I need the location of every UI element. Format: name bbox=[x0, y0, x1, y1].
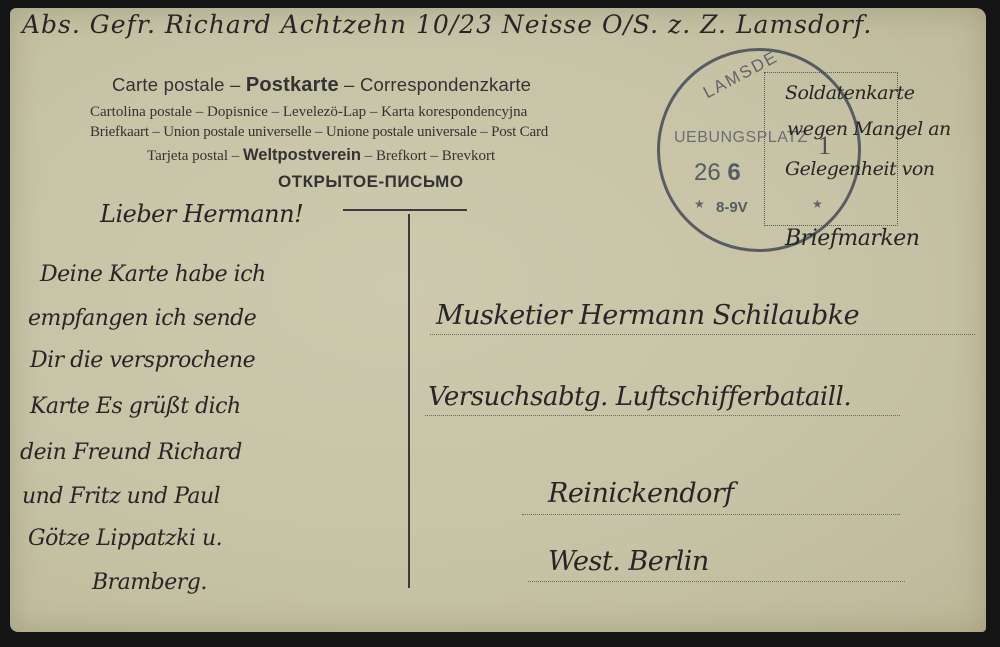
message-line: empfangen ich sende bbox=[28, 306, 256, 331]
address-dotted-line bbox=[425, 415, 900, 416]
message-line: Götze Lippatzki u. bbox=[28, 526, 222, 551]
message-line: dein Freund Richard bbox=[20, 440, 242, 465]
address-dotted-line bbox=[430, 334, 975, 335]
address-line: Reinickendorf bbox=[548, 478, 734, 509]
printed-postkarte: Postkarte bbox=[246, 74, 339, 96]
printed-russian-title: ОТКРЫТОЕ-ПИСЬМО bbox=[278, 172, 464, 192]
message-line: Bramberg. bbox=[92, 570, 207, 595]
printed-carte-postale: Carte postale bbox=[112, 74, 225, 95]
printed-weltpostverein: Weltpostverein bbox=[243, 146, 361, 164]
separator: – bbox=[228, 148, 243, 164]
printed-line-3: Briefkaart – Union postale universelle –… bbox=[90, 124, 548, 141]
printed-correspondenzkarte: Correspondenzkarte bbox=[360, 74, 531, 95]
separator: – bbox=[225, 74, 246, 95]
address-line: Musketier Hermann Schilaubke bbox=[436, 300, 859, 331]
address-dotted-line bbox=[528, 581, 905, 582]
printed-line-2: Cartolina postale – Dopisnice – Levelezö… bbox=[90, 104, 527, 121]
printed-tarjeta-postal: Tarjeta postal bbox=[147, 148, 228, 164]
stamp-note-line: Gelegenheit von bbox=[785, 158, 935, 180]
header-rule bbox=[343, 209, 467, 211]
message-line: und Fritz und Paul bbox=[22, 484, 220, 509]
message-line: Karte Es grüßt dich bbox=[30, 394, 241, 419]
postmark-time: 8-9V bbox=[716, 199, 748, 216]
separator: – bbox=[361, 148, 376, 164]
printed-line-4: Tarjeta postal – Weltpostverein – Brefko… bbox=[147, 146, 495, 165]
message-line: Deine Karte habe ich bbox=[40, 262, 266, 287]
separator: – bbox=[339, 74, 360, 95]
address-line: West. Berlin bbox=[548, 546, 709, 577]
printed-brefkort: Brefkort – Brevkort bbox=[376, 148, 495, 164]
stamp-note-line: Soldatenkarte bbox=[785, 82, 914, 104]
postmark: LAMSDE UEBUNGSPLATZ 26 6 ★ ★ 8-9V 1 bbox=[657, 48, 861, 252]
message-salutation: Lieber Hermann! bbox=[100, 200, 303, 228]
star-icon: ★ bbox=[812, 197, 823, 212]
address-dotted-line bbox=[522, 514, 900, 515]
message-line: Dir die versprochene bbox=[30, 348, 255, 373]
postmark-date: 26 6 bbox=[694, 159, 741, 187]
stamp-note-line: wegen Mangel an bbox=[787, 118, 951, 140]
stamp-note-line: Briefmarken bbox=[785, 226, 919, 251]
center-divider bbox=[408, 214, 410, 588]
postmark-month: 6 bbox=[727, 159, 740, 186]
printed-title-line: Carte postale – Postkarte – Corresponden… bbox=[112, 74, 531, 97]
address-line: Versuchsabtg. Luftschifferbataill. bbox=[428, 382, 851, 412]
star-icon: ★ bbox=[694, 197, 705, 212]
sender-handwriting: Abs. Gefr. Richard Achtzehn 10/23 Neisse… bbox=[22, 10, 872, 39]
postmark-day: 26 bbox=[694, 159, 721, 186]
